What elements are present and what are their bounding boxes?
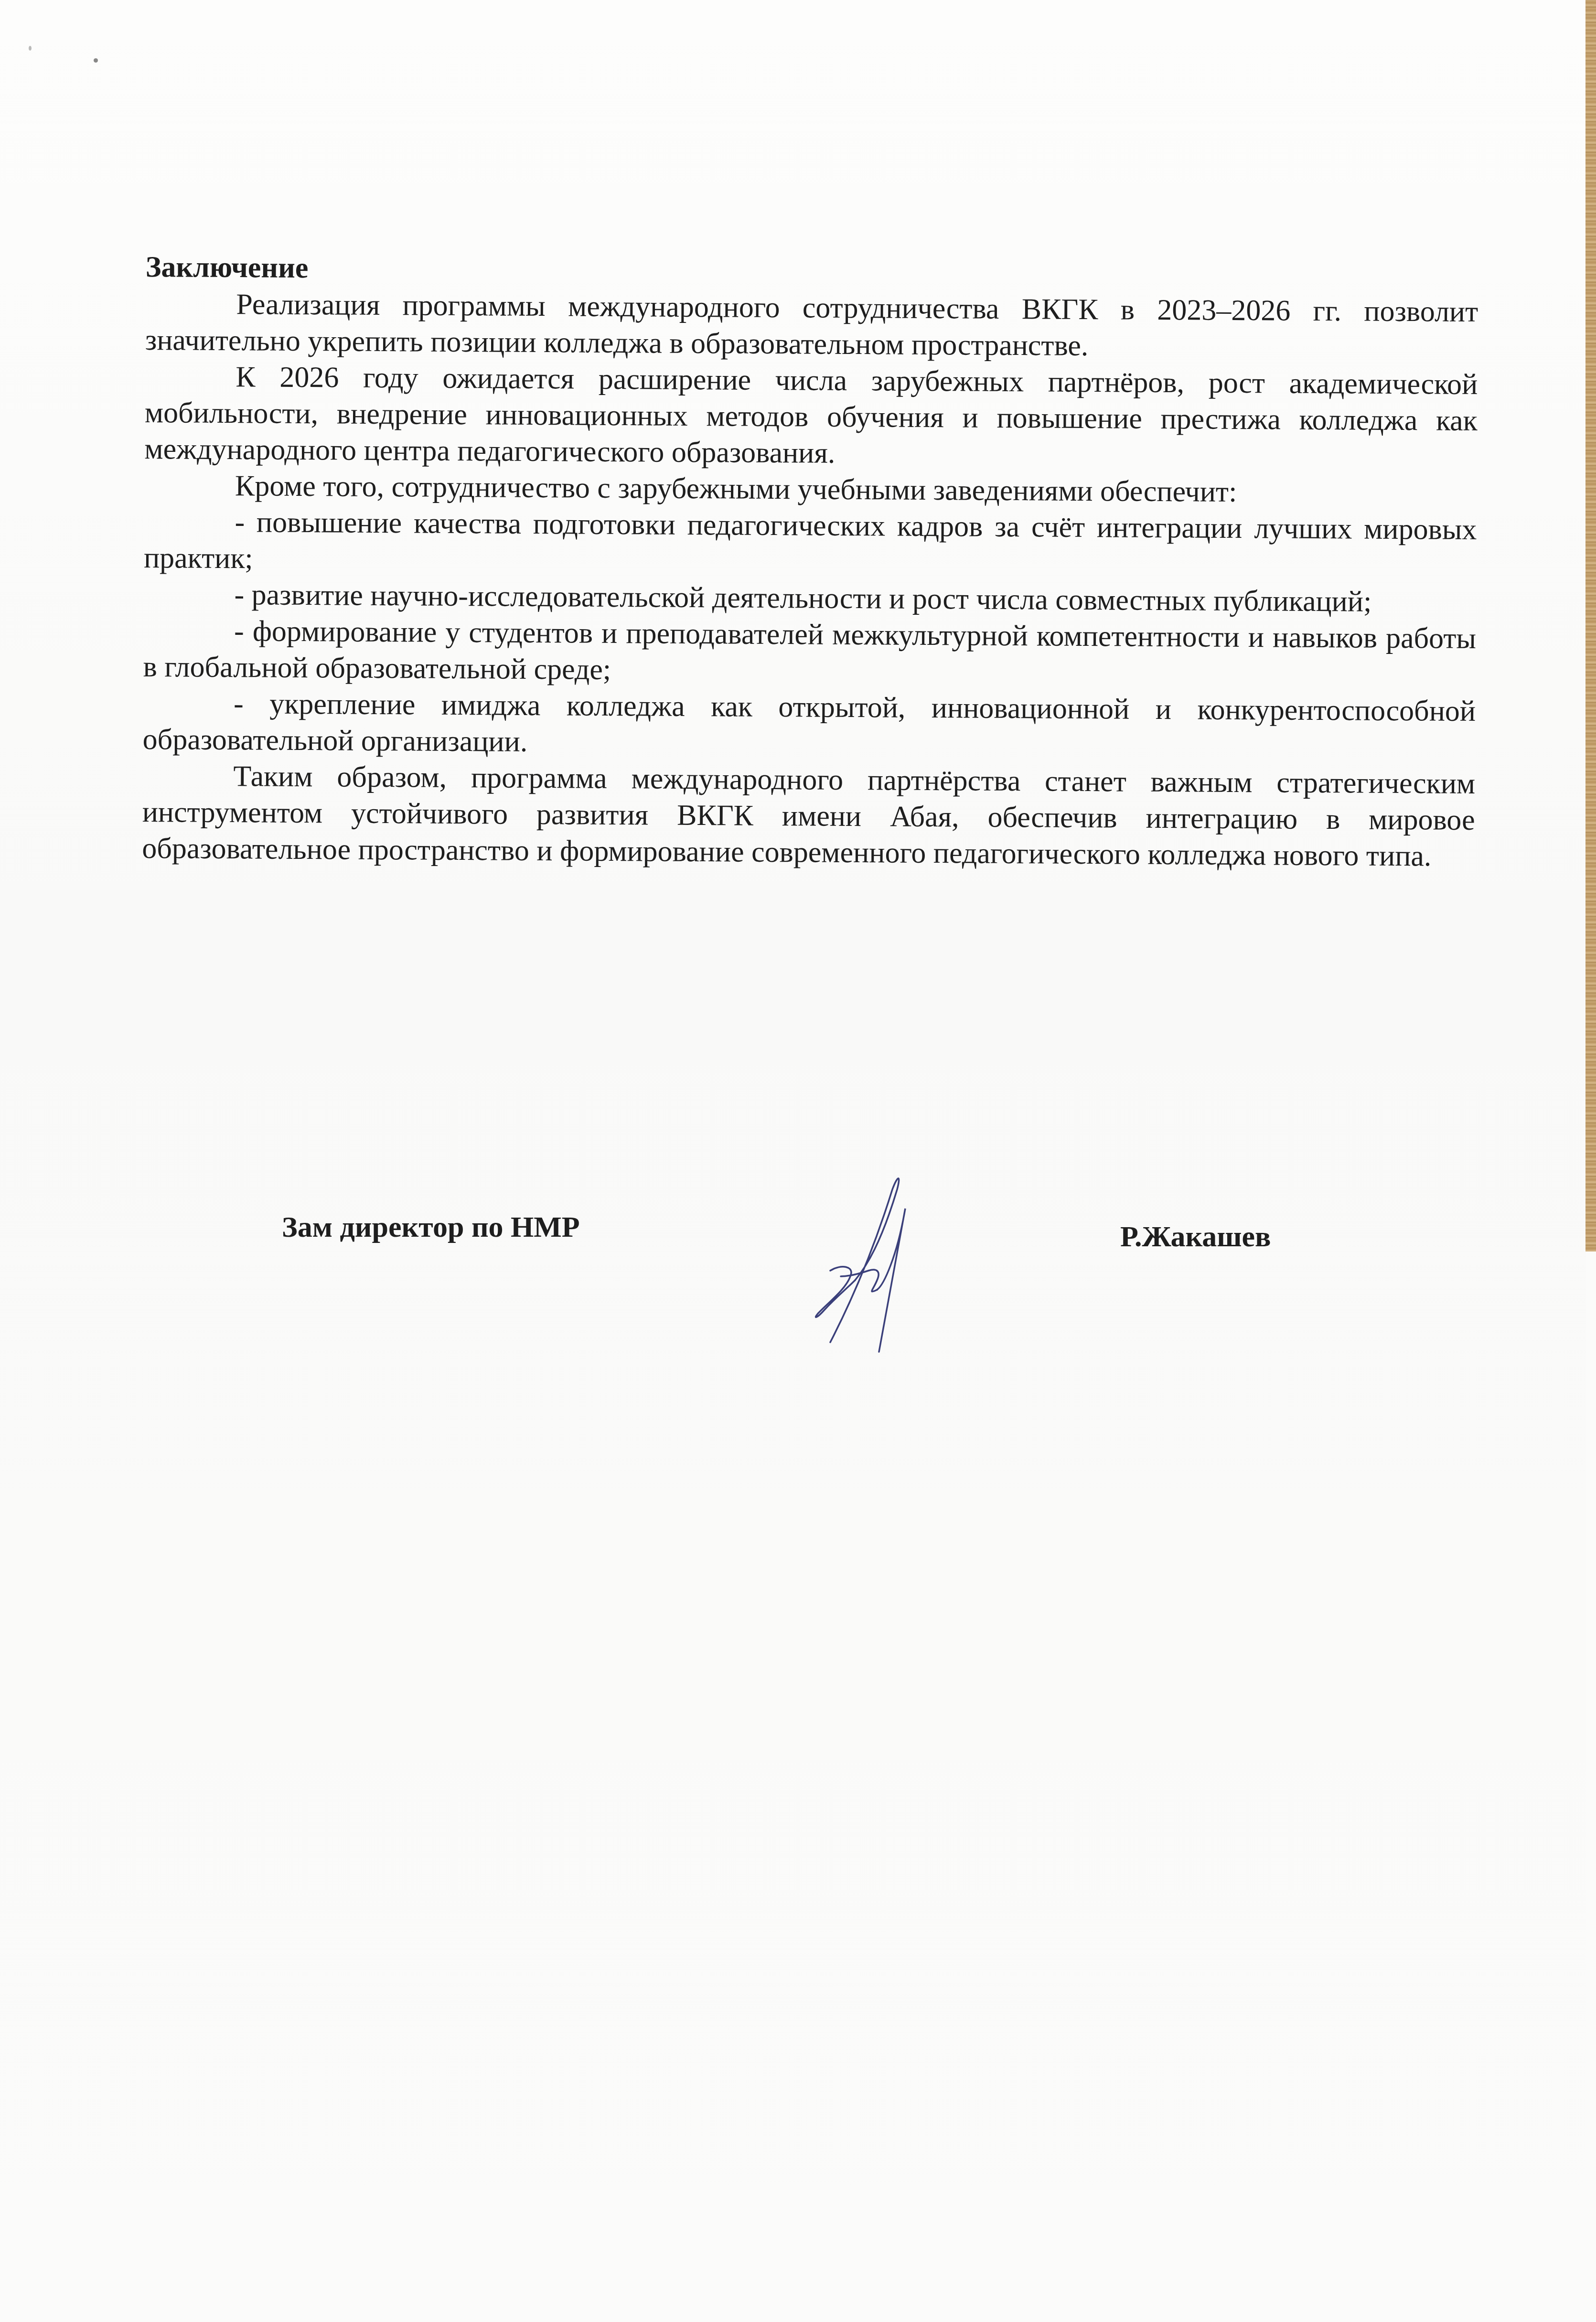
signature-block: Зам директор по НМР Р.Жакашев — [0, 1180, 1596, 1380]
paragraph-intro: Реализация программы международного сотр… — [145, 286, 1478, 366]
document-body: Заключение Реализация программы междунар… — [142, 248, 1478, 875]
handwritten-signature-icon — [783, 1151, 955, 1361]
paper-speck — [94, 58, 98, 63]
table-edge-background — [1585, 0, 1596, 1252]
signatory-role: Зам директор по НМР — [282, 1209, 580, 1246]
list-item-image: - укрепление имиджа колледжа как открыто… — [142, 685, 1476, 766]
paper-speck — [29, 46, 32, 51]
signatory-name: Р.Жакашев — [1120, 1218, 1271, 1255]
list-item-intercultural: - формирование у студентов и преподавате… — [143, 612, 1476, 693]
paragraph-expectations: К 2026 году ожидается расширение числа з… — [144, 358, 1478, 475]
list-item-quality: - повышение качества подготовки педагоги… — [144, 503, 1477, 584]
paragraph-conclusion: Таким образом, программа международного … — [142, 758, 1475, 875]
